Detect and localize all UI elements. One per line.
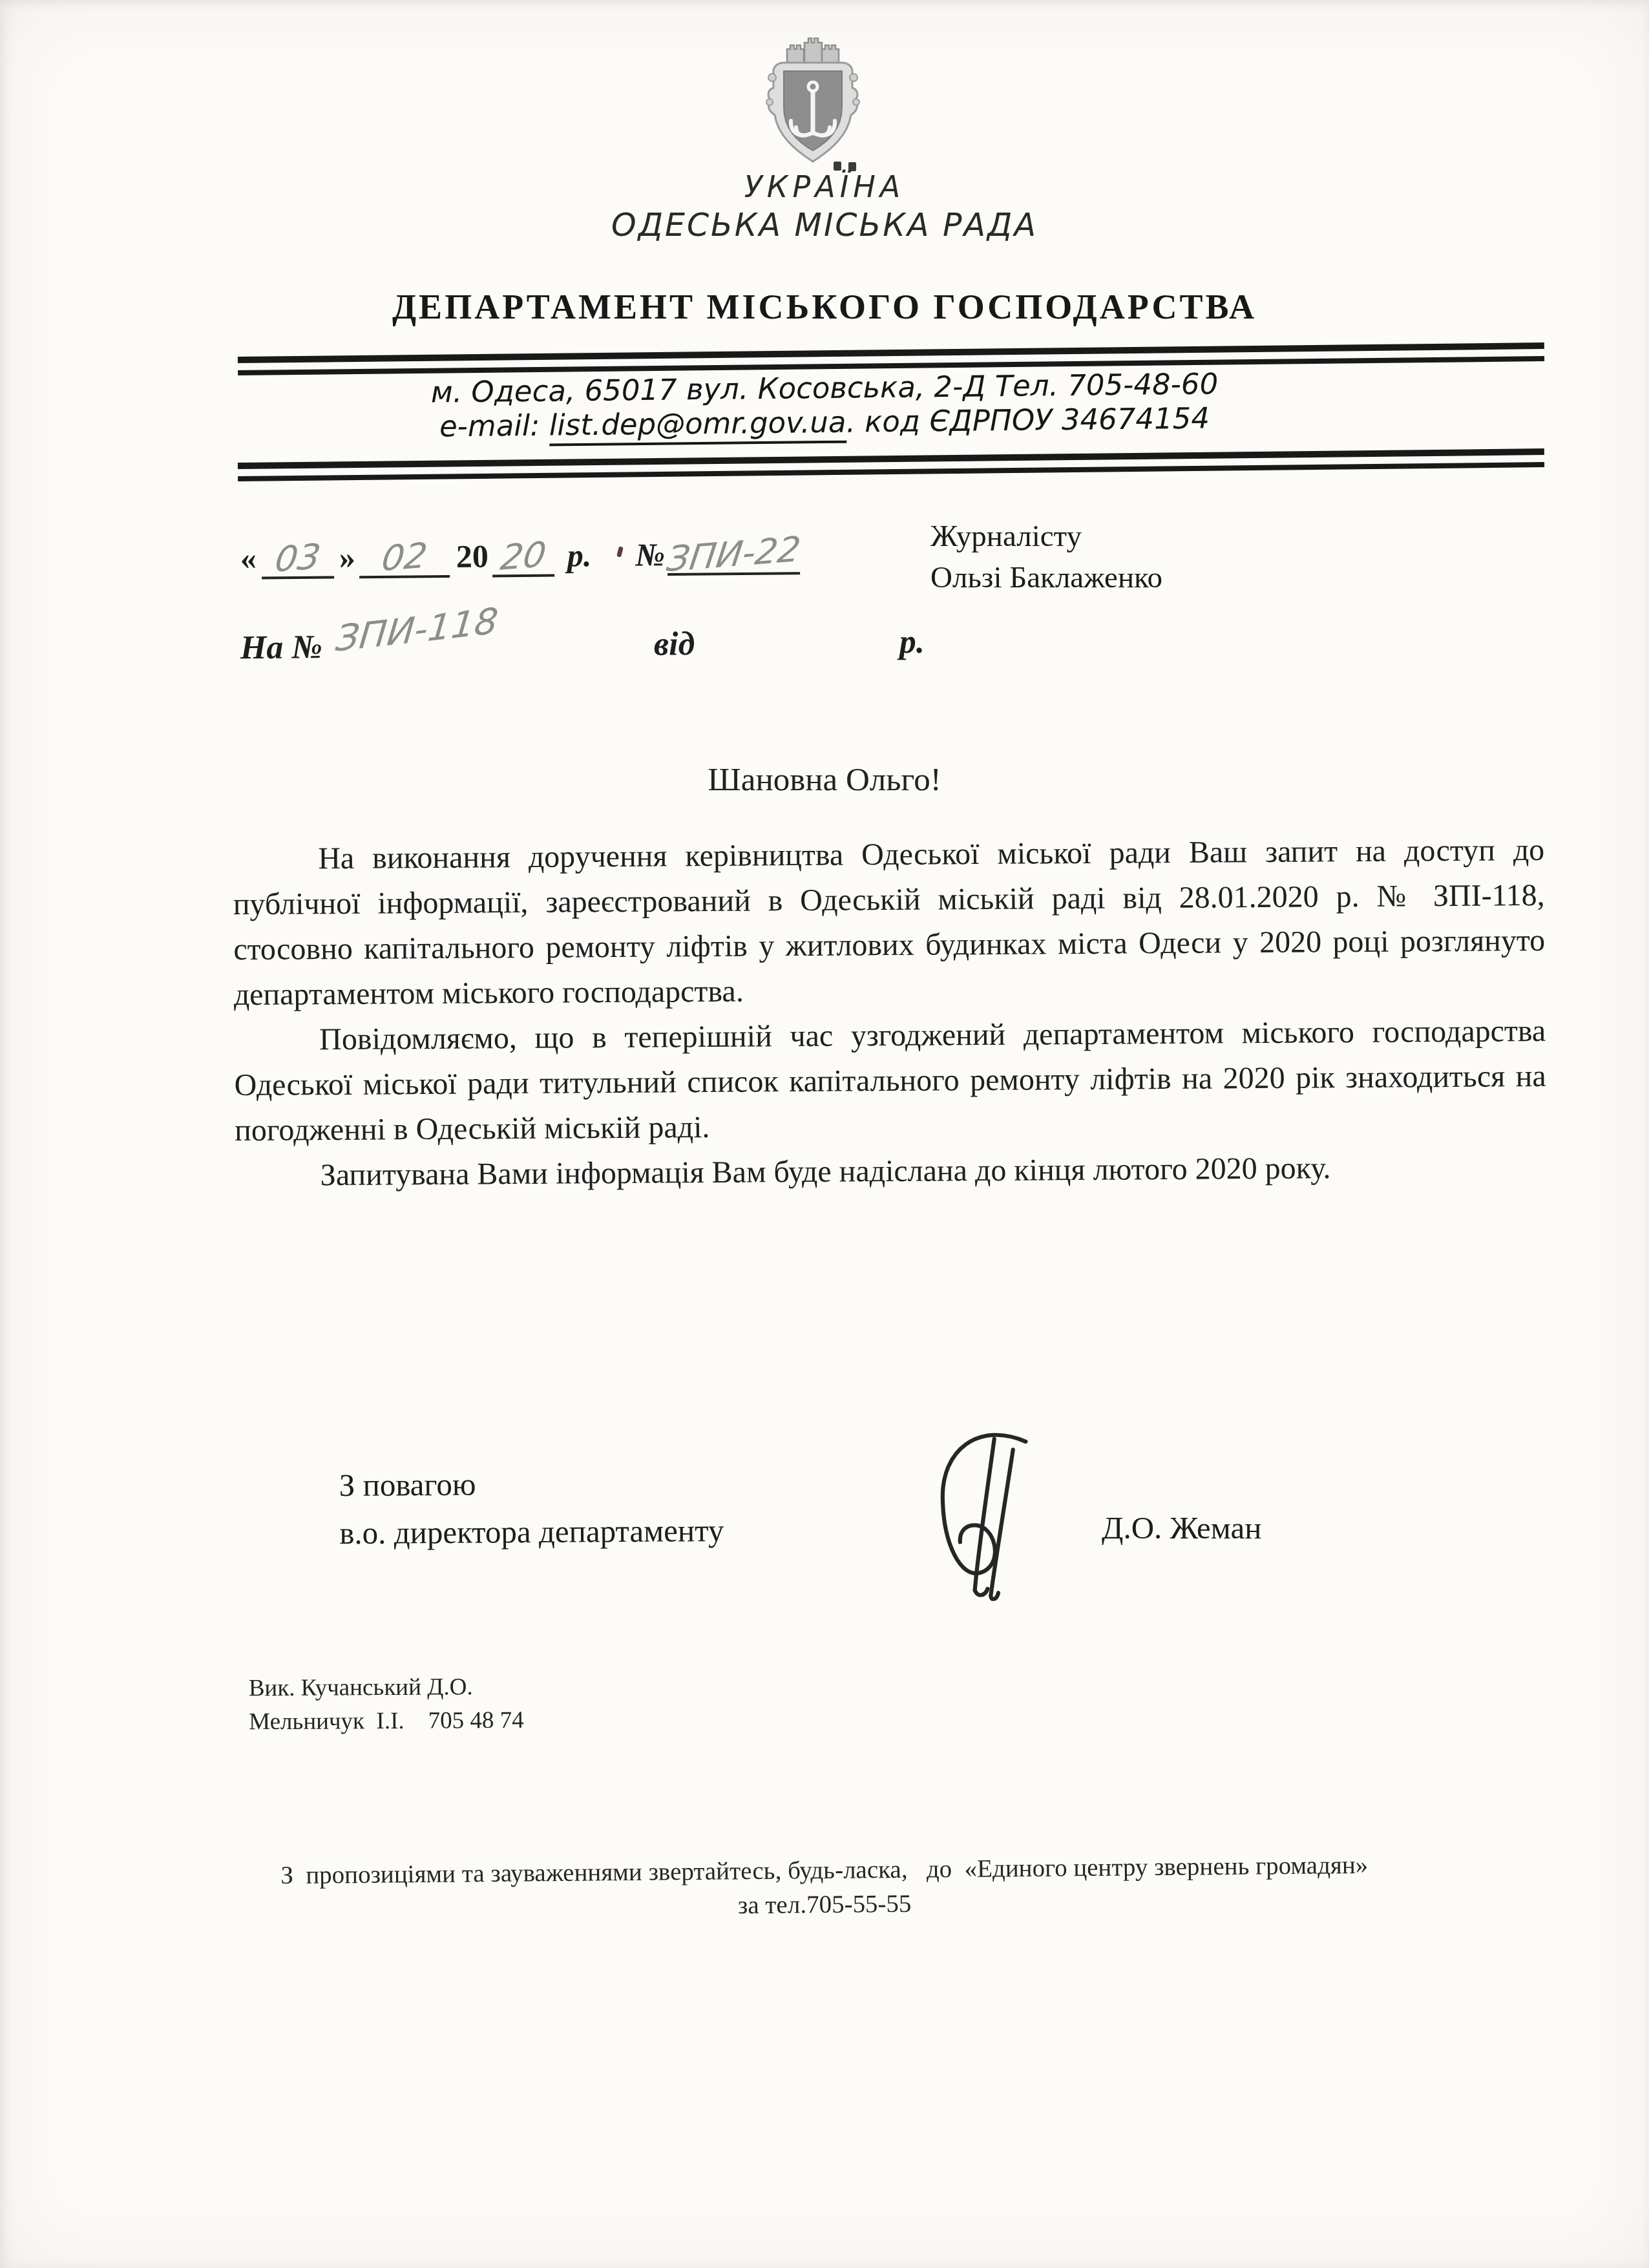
executors-block: Вик. Кучанський Д.О. Мельничук І.І. 705 … xyxy=(249,1670,524,1739)
department-name: ДЕПАРТАМЕНТ МІСЬКОГО ГОСПОДАРСТВА xyxy=(0,287,1649,327)
executor-line: Вик. Кучанський Д.О. xyxy=(249,1670,524,1706)
reference-na-label: На № xyxy=(240,628,323,667)
scanned-letter-page: УКРАЇНА ОДЕСЬКА МІСЬКА РАДА ДЕПАРТАМЕНТ … xyxy=(0,0,1649,2268)
doc-number-label: № xyxy=(635,536,665,573)
reference-line: На № ЗПИ-118 від р. xyxy=(240,622,1016,687)
doc-number-handwritten: ЗПИ-22 xyxy=(664,529,803,580)
salutation: Шановна Ольго! xyxy=(0,761,1649,799)
year-suffix: р. xyxy=(567,536,592,574)
executor-line: Мельничук І.І. 705 48 74 xyxy=(249,1704,524,1739)
reference-vid-label: від xyxy=(654,625,695,664)
year-field: 20 xyxy=(492,534,555,578)
closing-block: З повагою в.о. директора департаменту xyxy=(339,1459,724,1557)
ink-speck xyxy=(834,162,841,171)
body-paragraph: На виконання доручення керівництва Одесь… xyxy=(233,828,1546,1018)
header-rule-bottom xyxy=(238,448,1544,481)
doc-number-field: ЗПИ-22 xyxy=(667,532,801,576)
closing-position: в.о. директора департаменту xyxy=(339,1507,724,1557)
year-handwritten: 20 xyxy=(498,534,549,578)
close-quote: » xyxy=(339,538,356,576)
reference-number-field: ЗПИ-118 xyxy=(337,609,497,652)
year-printed: 20 xyxy=(456,537,489,574)
letter-body: На виконання доручення керівництва Одесь… xyxy=(233,828,1547,1199)
day-field: 03 xyxy=(262,536,335,580)
odesa-coat-of-arms-icon xyxy=(761,37,865,164)
recipient-role: Журналісту xyxy=(930,516,1162,557)
month-handwritten: 02 xyxy=(379,535,430,579)
signature-scribble-icon xyxy=(912,1422,1048,1609)
body-paragraph: Повідомляємо, що в теперішній час узгодж… xyxy=(234,1009,1546,1153)
footer-note: З пропозиціями та зауваженнями звертайте… xyxy=(0,1845,1649,1929)
date-number-line: « 03 » 02 20 20 р. № ЗПИ-22 xyxy=(240,530,952,599)
signatory-name: Д.О. Жеман xyxy=(1102,1509,1261,1546)
reference-r-label: р. xyxy=(899,623,925,661)
open-quote: « xyxy=(240,540,257,577)
day-handwritten: 03 xyxy=(273,536,323,580)
ink-speck xyxy=(848,162,856,171)
edrpou-code: . код ЄДРПОУ 34674154 xyxy=(846,401,1210,439)
reference-number-handwritten: ЗПИ-118 xyxy=(334,600,500,660)
email-address: list.dep@omr.gov.ua xyxy=(549,405,846,446)
body-paragraph: Запитувана Вами інформація Вам буде наді… xyxy=(235,1144,1546,1199)
recipient-block: Журналісту Ользі Баклаженко xyxy=(930,516,1162,598)
month-field: 02 xyxy=(359,535,450,578)
country-name: УКРАЇНА xyxy=(0,169,1649,204)
recipient-name: Ользі Баклаженко xyxy=(930,557,1162,598)
council-name: ОДЕСЬКА МІСЬКА РАДА xyxy=(0,207,1649,244)
closing-respect: З повагою xyxy=(339,1459,724,1509)
email-prefix: e-mail: xyxy=(439,408,549,444)
